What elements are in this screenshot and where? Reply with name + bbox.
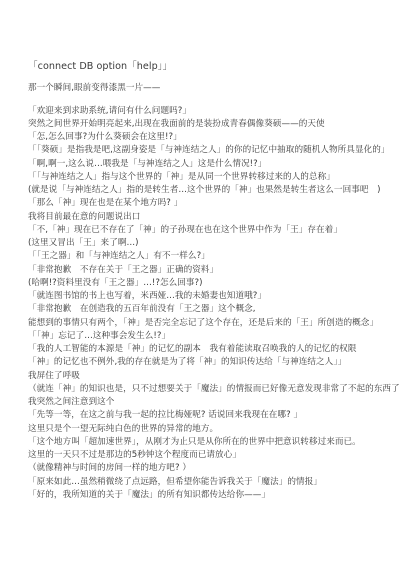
text-line: 这里只是个一望无际纯白色的世界的异常的地方。 (28, 423, 398, 436)
text-line: 「这个地方叫「超加速世界」，从刚才为止只是从你所在的世界中把意识转移过来而已。 (28, 436, 398, 449)
text-line: 突然之间世界开始明亮起来,出现在我面前的是装扮成青春偶像葵硕——的天使 (28, 118, 398, 131)
text-line: 「那么「神」现在也是在某个地方吗? 」 (28, 197, 398, 210)
text-line: 「原来如此…虽然稍微绕了点远路，但希望你能告诉我关于「魔法」的情报」 (28, 476, 398, 489)
text-line: (哈啊!?资料里没有「王之器」…!?怎么回事?) (28, 277, 398, 290)
text-line: 「神」的记忆也不例外,我的存在就是为了将「神」的知识传达给「与神连结之人」」 (28, 356, 398, 369)
text-line: 「「葵硕」是指我是吧,这副身姿是「与神连结之人」的你的记忆中抽取的随机人物所具显… (28, 144, 398, 157)
text-line: 这里的一天只不过是那边的5秒钟这个程度而已请放心」 (28, 449, 398, 462)
text-line: 我突然之间注意到这个 (28, 396, 398, 409)
text-line: 「非常抱歉 在创造我的五百年前没有「王之器」这个概念, (28, 303, 398, 316)
text-line: （就像精神与时间的房间一样的地方吧? ） (28, 462, 398, 475)
text-line: 「「神」忘记了…这种事会发生么!?」 (28, 330, 398, 343)
text-line: 「我的人工智能的本源是「神」的记忆的副本 我有着能读取召唤我的人的记忆的权限 (28, 343, 398, 356)
text-line: 「啊,啊一,这么说…喂我是「与神连结之人」这是什么情况!?」 (28, 158, 398, 171)
command-line: 「connect DB option「help」」 (28, 60, 398, 73)
text-line: 「欢迎来到求助系统,请问有什么问题吗?」 (28, 105, 398, 118)
paragraph-gap (28, 96, 398, 105)
text-line: 「先等一等，在这之前与我一起的拉比梅娅呢? 话说回来我现在在哪? 」 (28, 409, 398, 422)
paragraph-gap (28, 73, 398, 82)
text-line: 「「与神连结之人」指与这个世界的「神」是从同一个世界转移过来的人的总称」 (28, 171, 398, 184)
text-line: 「非常抱歉 不存在关于「王之器」正确的资料」 (28, 264, 398, 277)
document-body: 「connect DB option「help」」 那一个瞬间,眼前变得漆黑一片… (28, 60, 398, 502)
intro-line: 那一个瞬间,眼前变得漆黑一片—— (28, 82, 398, 95)
text-line: 我将目前最在意的问题说出口 (28, 211, 398, 224)
text-line: 我屏住了呼吸 (28, 370, 398, 383)
text-line: 「就连图书馆的书上也写着，米西娅…我的未婚妻也知道哦?」 (28, 290, 398, 303)
text-line: 「怎,怎么回事?为什么葵硕会在这里!?」 (28, 131, 398, 144)
text-line: 能想到的事情只有两个，「神」是否完全忘记了这个存在，还是后来的「王」所创造的概念… (28, 317, 398, 330)
text-line: 「不,「神」现在已不存在了「神」的子孙现在也在这个世界中作为「王」存在着」 (28, 224, 398, 237)
text-line: (这里又冒出「王」来了啊…) (28, 237, 398, 250)
text-line: （就连「神」的知识也是，只不过想要关于「魔法」的情报而已好像无意发现非常了不起的… (28, 383, 398, 396)
text-line: 「「王之器」和「与神连结之人」有不一样么?」 (28, 250, 398, 263)
text-line: (就是说「与神连结之人」指的是转生者…这个世界的「神」也果然是转生者这么一回事吧… (28, 184, 398, 197)
text-line: 「好的，我所知道的关于「魔法」的所有知识都传达给你——」 (28, 489, 398, 502)
